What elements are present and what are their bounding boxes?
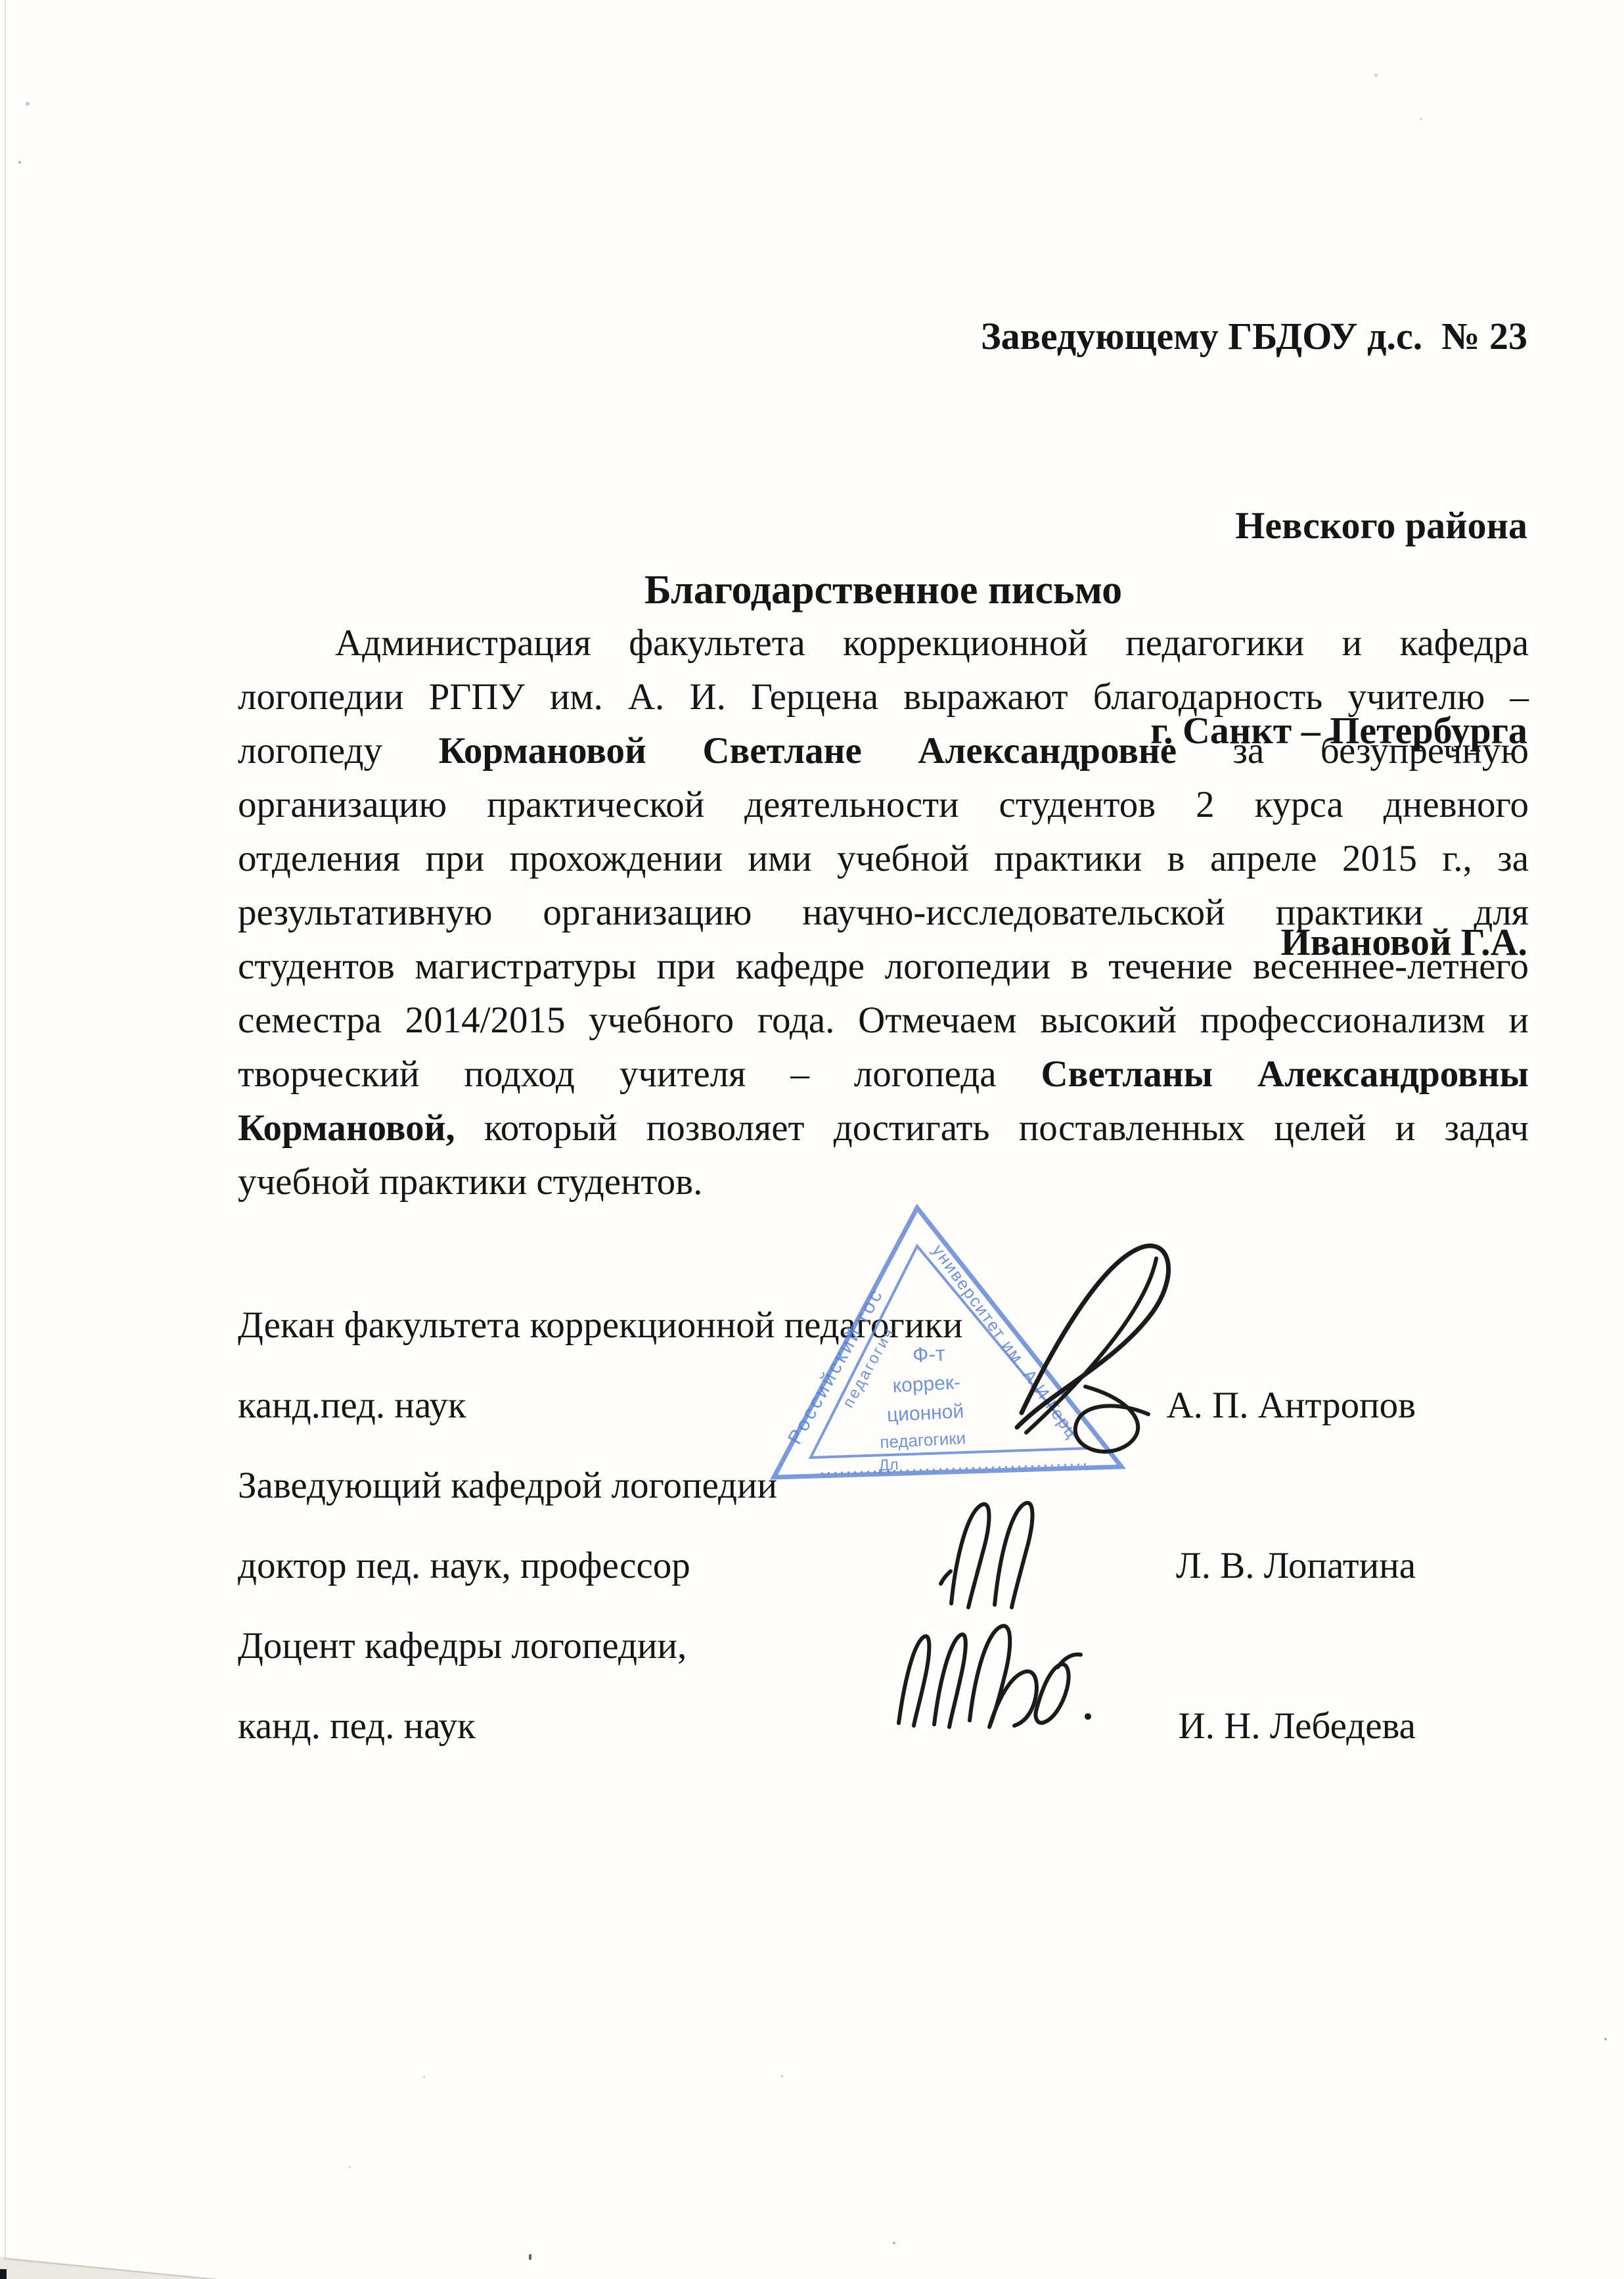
signature-block: Декан факультета коррекционной педагогик…: [238, 1302, 1416, 1784]
scan-speck: [781, 2075, 783, 2077]
body-line: организацию практической деятельности ст…: [238, 778, 1529, 832]
body-line: семестра 2014/2015 учебного года. Отмеча…: [238, 994, 1529, 1047]
body-line: логопеду Кормановой Светлане Александров…: [238, 724, 1529, 778]
scan-speck: [529, 2254, 531, 2260]
signature-row: канд.пед. наук А. П. Антропов: [238, 1383, 1416, 1463]
signatory-name: И. Н. Лебедева: [1179, 1703, 1416, 1749]
body-line: учебной практики студентов.: [238, 1155, 1529, 1209]
signature-row: Декан факультета коррекционной педагогик…: [238, 1302, 1416, 1383]
recipient-line: Невского района: [981, 494, 1527, 557]
body-line: отделения при прохождении ими учебной пр…: [238, 832, 1529, 886]
letter-page: Заведующему ГБДОУ д.с. № 23 Невского рай…: [0, 0, 1624, 2279]
body-line: Администрация факультета коррекционной п…: [238, 616, 1529, 670]
body-line: творческий подход учителя – логопеда Све…: [238, 1047, 1529, 1101]
signatory-name: А. П. Антропов: [1166, 1383, 1416, 1429]
signatory-title: Декан факультета коррекционной педагогик…: [238, 1302, 962, 1348]
signature-row: Заведующий кафедрой логопедии: [238, 1463, 1416, 1543]
body-line: логопедии РГПУ им. А. И. Герцена выражаю…: [238, 670, 1529, 724]
scan-speck: [18, 161, 21, 164]
letter-title: Благодарственное письмо: [238, 564, 1529, 616]
signatory-name: Л. В. Лопатина: [1176, 1543, 1416, 1589]
signatory-title: канд. пед. наук: [238, 1703, 476, 1749]
body-line: Кормановой, который позволяет достигать …: [238, 1101, 1529, 1155]
signature-row: доктор пед. наук, профессор Л. В. Лопати…: [238, 1543, 1416, 1623]
scan-speck: [423, 2076, 425, 2078]
scan-speck: [1420, 118, 1422, 120]
body-line: результативную организацию научно-исслед…: [238, 886, 1529, 940]
scan-speck: [1604, 2038, 1607, 2040]
signatory-title: Заведующий кафедрой логопедии: [238, 1463, 777, 1509]
signatory-title: канд.пед. наук: [238, 1383, 466, 1429]
signatory-title: Доцент кафедры логопедии,: [238, 1623, 687, 1669]
recipient-line: Заведующему ГБДОУ д.с. № 23: [981, 305, 1527, 368]
signature-row: канд. пед. наук И. Н. Лебедева: [238, 1703, 1416, 1784]
scan-speck: [1374, 74, 1378, 77]
body-line: студентов магистратуры при кафедре логоп…: [238, 940, 1529, 994]
body-paragraph: Администрация факультета коррекционной п…: [238, 616, 1529, 1209]
scan-artifact-vertical-line: [5, 0, 6, 2279]
scan-edge-mark: [0, 2269, 7, 2279]
scan-speck: [349, 2166, 351, 2168]
scan-speck: [893, 2242, 895, 2244]
signature-row: Доцент кафедры логопедии,: [238, 1623, 1416, 1703]
signatory-title: доктор пед. наук, профессор: [238, 1543, 690, 1589]
scan-speck: [26, 102, 30, 106]
